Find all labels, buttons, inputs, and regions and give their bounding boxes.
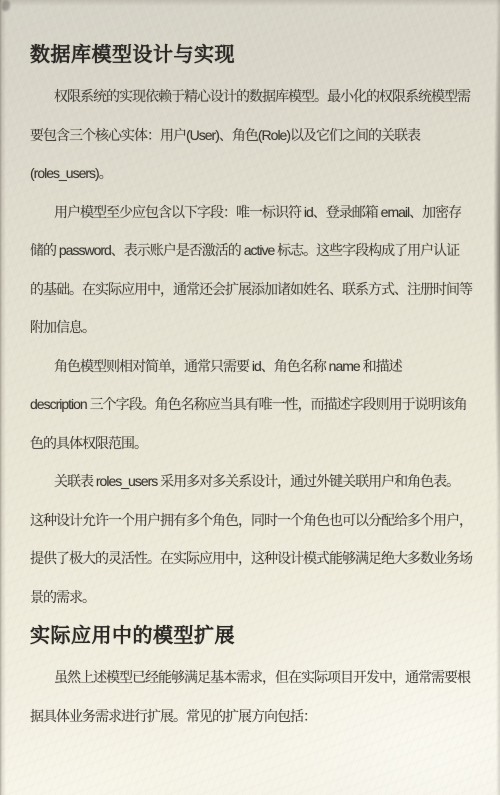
text-line: 要包含三个核心实体：用户(User)、角色(Role)以及它们之间的关联表 bbox=[30, 116, 470, 155]
text-line: 角色模型则相对简单，通常只需要 id、角色名称 name 和描述 bbox=[30, 347, 470, 386]
paragraph: 权限系统的实现依赖于精心设计的数据库模型。最小化的权限系统模型需 要包含三个核心… bbox=[30, 77, 470, 193]
section-heading-model-extension: 实际应用中的模型扩展 bbox=[30, 622, 470, 650]
paragraph: 角色模型则相对简单，通常只需要 id、角色名称 name 和描述 descrip… bbox=[30, 347, 470, 463]
section-heading-database-model: 数据库模型设计与实现 bbox=[30, 41, 470, 69]
text-line: 据具体业务需求进行扩展。常见的扩展方向包括： bbox=[30, 697, 470, 736]
text-line: 储的 password、表示账户是否激活的 active 标志。这些字段构成了用… bbox=[30, 231, 470, 270]
text-line: 附加信息。 bbox=[30, 308, 470, 347]
text-line: 用户模型至少应包含以下字段：唯一标识符 id、登录邮箱 email、加密存 bbox=[30, 193, 470, 232]
text-line: 权限系统的实现依赖于精心设计的数据库模型。最小化的权限系统模型需 bbox=[30, 77, 470, 116]
text-line: 关联表 roles_users 采用多对多关系设计，通过外键关联用户和角色表。 bbox=[30, 462, 470, 501]
text-line: 提供了极大的灵活性。在实际应用中，这种设计模式能够满足绝大多数业务场 bbox=[30, 539, 470, 578]
text-line: description 三个字段。角色名称应当具有唯一性，而描述字段则用于说明该… bbox=[30, 385, 470, 424]
page-content: 数据库模型设计与实现 权限系统的实现依赖于精心设计的数据库模型。最小化的权限系统… bbox=[0, 0, 500, 795]
text-line: 虽然上述模型已经能够满足基本需求，但在实际项目开发中，通常需要根 bbox=[30, 658, 470, 697]
text-line: 景的需求。 bbox=[30, 578, 470, 617]
paragraph: 虽然上述模型已经能够满足基本需求，但在实际项目开发中，通常需要根 据具体业务需求… bbox=[30, 658, 470, 735]
text-line: 这种设计允许一个用户拥有多个角色，同时一个角色也可以分配给多个用户， bbox=[30, 501, 470, 540]
document-page: 数据库模型设计与实现 权限系统的实现依赖于精心设计的数据库模型。最小化的权限系统… bbox=[0, 0, 500, 795]
text-line: 色的具体权限范围。 bbox=[30, 424, 470, 463]
paragraph: 关联表 roles_users 采用多对多关系设计，通过外键关联用户和角色表。 … bbox=[30, 462, 470, 616]
text-line: (roles_users)。 bbox=[30, 154, 470, 193]
paragraph: 用户模型至少应包含以下字段：唯一标识符 id、登录邮箱 email、加密存 储的… bbox=[30, 193, 470, 347]
text-line: 的基础。在实际应用中，通常还会扩展添加诸如姓名、联系方式、注册时间等 bbox=[30, 270, 470, 309]
